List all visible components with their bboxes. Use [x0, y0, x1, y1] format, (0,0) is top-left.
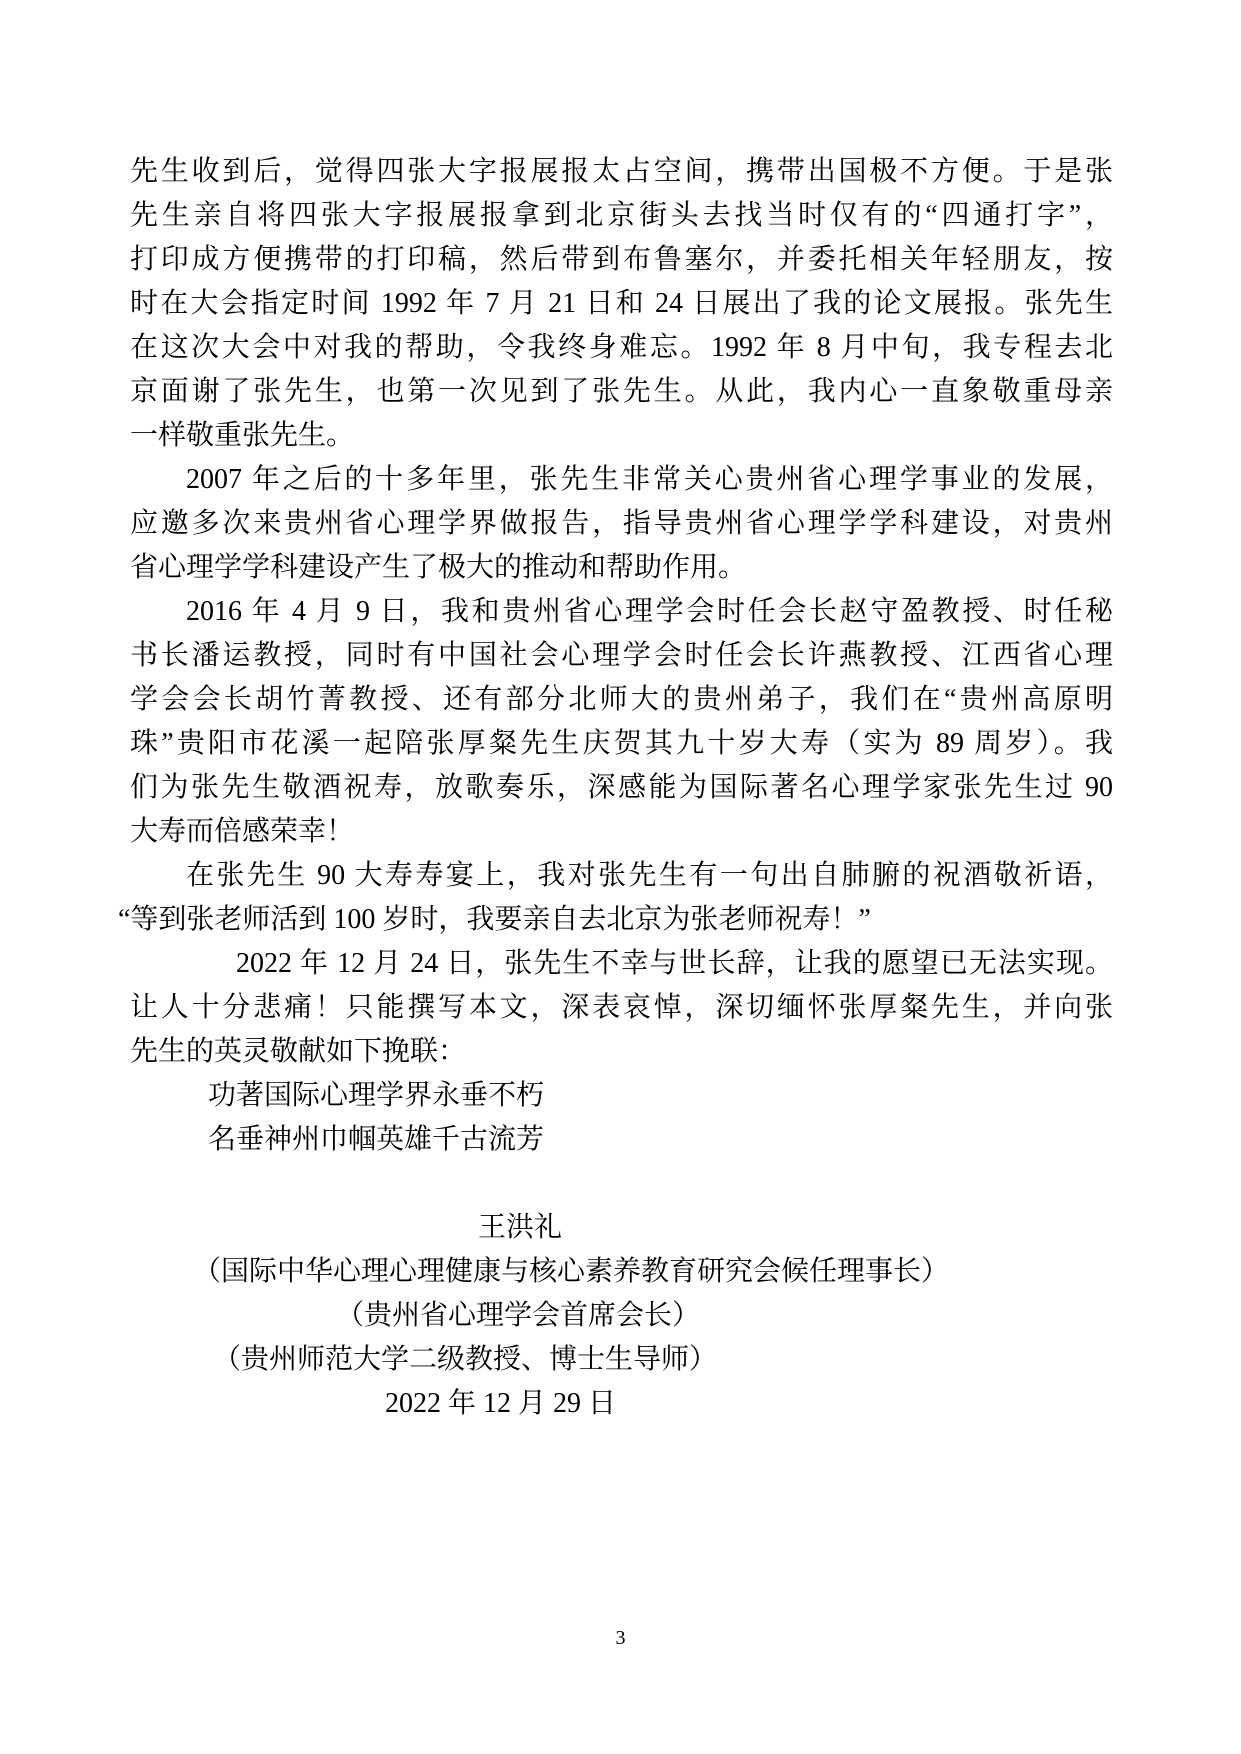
couplet-line: 名垂神州巾帼英雄千古流芳: [130, 1118, 1113, 1162]
couplet-line: 功著国际心理学界永垂不朽: [130, 1074, 1113, 1118]
body-line: 打印成方便携带的打印稿，然后带到布鲁塞尔，并委托相关年轻朋友，按: [130, 238, 1113, 282]
body-line paragraph-start: 在张先生 90 大寿寿宴上，我对张先生有一句出自肺腑的祝酒敬祈语，: [130, 854, 1113, 898]
body-line: 珠”贵阳市花溪一起陪张厚粲先生庆贺其九十岁大寿（实为 89 周岁）。我: [130, 722, 1113, 766]
blank-line: [130, 1162, 1113, 1206]
body-line: 让人十分悲痛！只能撰写本文，深表哀悼，深切缅怀张厚粲先生，并向张: [130, 986, 1113, 1030]
body-line: 一样敬重张先生。: [130, 414, 1113, 458]
body-line paragraph-start: 2022 年 12 月 24 日，张先生不幸与世长辞，让我的愿望已无法实现。: [130, 942, 1113, 986]
body-line: 先生亲自将四张大字报展报拿到北京街头去找当时仅有的“四通打字”，: [130, 194, 1113, 238]
signature-title: （贵州省心理学会首席会长）: [130, 1294, 1113, 1338]
signature-title: （贵州师范大学二级教授、博士生导师）: [130, 1338, 1113, 1382]
body-line: 们为张先生敬酒祝寿，放歌奏乐，深感能为国际著名心理学家张先生过 90: [130, 766, 1113, 810]
body-line quote-line: “等到张老师活到 100 岁时，我要亲自去北京为张老师祝寿！”: [118, 898, 1113, 942]
body-line: 先生收到后，觉得四张大字报展报太占空间，携带出国极不方便。于是张: [130, 150, 1113, 194]
body-line: 时在大会指定时间 1992 年 7 月 21 日和 24 日展出了我的论文展报。…: [130, 282, 1113, 326]
signature-title: （国际中华心理心理健康与核心素养教育研究会候任理事长）: [130, 1250, 1113, 1294]
signature-date: 2022 年 12 月 29 日: [130, 1382, 1113, 1426]
body-line: 省心理学学科建设产生了极大的推动和帮助作用。: [130, 546, 1113, 590]
body-line: 大寿而倍感荣幸！: [130, 810, 1113, 854]
document-page: 先生收到后，觉得四张大字报展报太占空间，携带出国极不方便。于是张 先生亲自将四张…: [0, 0, 1241, 1754]
document-body: 先生收到后，觉得四张大字报展报太占空间，携带出国极不方便。于是张 先生亲自将四张…: [130, 150, 1113, 1426]
body-line: 先生的英灵敬献如下挽联：: [130, 1030, 1113, 1074]
body-line: 在这次大会中对我的帮助，令我终身难忘。1992 年 8 月中旬，我专程去北: [130, 326, 1113, 370]
signature-name: 王洪礼: [130, 1206, 1113, 1250]
body-line: 应邀多次来贵州省心理学界做报告，指导贵州省心理学学科建设，对贵州: [130, 502, 1113, 546]
body-line: 学会会长胡竹菁教授、还有部分北师大的贵州弟子，我们在“贵州高原明: [130, 678, 1113, 722]
body-line: 书长潘运教授，同时有中国社会心理学会时任会长许燕教授、江西省心理: [130, 634, 1113, 678]
body-line: 京面谢了张先生，也第一次见到了张先生。从此，我内心一直象敬重母亲: [130, 370, 1113, 414]
page-number: 3: [0, 1624, 1241, 1652]
body-line paragraph-start: 2007 年之后的十多年里，张先生非常关心贵州省心理学事业的发展，: [130, 458, 1113, 502]
body-line paragraph-start: 2016 年 4 月 9 日，我和贵州省心理学会时任会长赵守盈教授、时任秘: [130, 590, 1113, 634]
